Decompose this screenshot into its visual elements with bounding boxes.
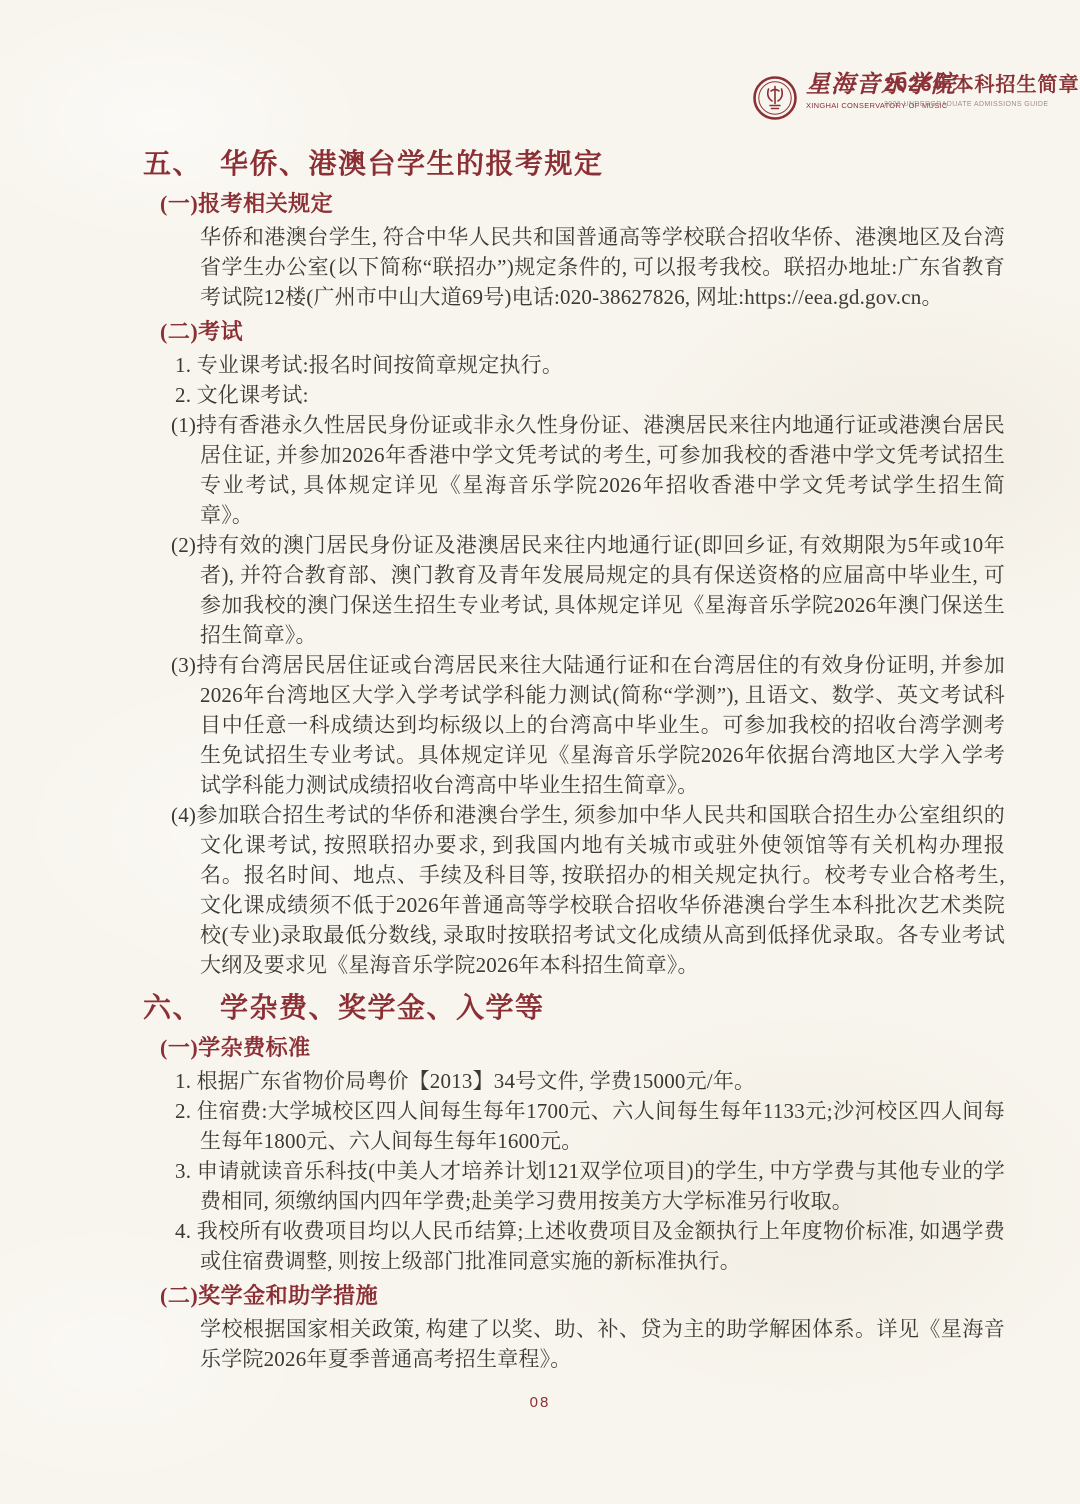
section6-title: 学杂费、奖学金、入学等 bbox=[220, 993, 545, 1024]
guide-title-block: 2026年本科招生简章 2026 UNDERGRADUATE ADMISSION… bbox=[884, 73, 1080, 108]
culture-item-3: (3)持有台湾居民居住证或台湾居民来往大陆通行证和在台湾居住的有效身份证明, 并… bbox=[200, 650, 1005, 800]
section5-sub1-paragraph: 华侨和港澳台学生, 符合中华人民共和国普通高等学校联合招收华侨、港澳地区及台湾省… bbox=[200, 222, 1005, 312]
section6-number: 六、 bbox=[143, 993, 202, 1024]
section5-title: 华侨、港澳台学生的报考规定 bbox=[220, 149, 604, 180]
guide-title-zh: 2026年本科招生简章 bbox=[884, 73, 1080, 97]
section5-number: 五、 bbox=[143, 149, 202, 180]
fee-item-1: 1. 根据广东省物价局粤价【2013】34号文件, 学费15000元/年。 bbox=[200, 1066, 1005, 1096]
fee-item-3: 3. 申请就读音乐科技(中美人才培养计划121双学位项目)的学生, 中方学费与其… bbox=[200, 1156, 1005, 1216]
section5-sub2-heading: (二)考试 bbox=[160, 316, 1005, 347]
fee-item-4: 4. 我校所有收费项目均以人民币结算;上述收费项目及金额执行上年度物价标准, 如… bbox=[200, 1216, 1005, 1276]
exam-item-2: 2. 文化课考试: bbox=[200, 380, 1005, 410]
page-number: 08 bbox=[0, 1394, 1080, 1411]
section6-sub2-heading: (二)奖学金和助学措施 bbox=[160, 1280, 1005, 1311]
section6-heading: 六、学杂费、奖学金、入学等 bbox=[143, 990, 1005, 1028]
culture-item-4: (4)参加联合招生考试的华侨和港澳台学生, 须参加中华人民共和国联合招生办公室组… bbox=[200, 800, 1005, 980]
page-content: 五、华侨、港澳台学生的报考规定 (一)报考相关规定 华侨和港澳台学生, 符合中华… bbox=[143, 146, 1005, 1374]
section6-sub2-paragraph: 学校根据国家相关政策, 构建了以奖、助、补、贷为主的助学解困体系。详见《星海音乐… bbox=[200, 1314, 1005, 1374]
fee-item-2: 2. 住宿费:大学城校区四人间每生每年1700元、六人间每生每年1133元;沙河… bbox=[200, 1096, 1005, 1156]
guide-title-en: 2026 UNDERGRADUATE ADMISSIONS GUIDE bbox=[884, 101, 1080, 108]
section6-sub1-heading: (一)学杂费标准 bbox=[160, 1032, 1005, 1063]
exam-item-1: 1. 专业课考试:报名时间按简章规定执行。 bbox=[200, 350, 1005, 380]
school-seal-icon bbox=[752, 75, 798, 121]
section5-heading: 五、华侨、港澳台学生的报考规定 bbox=[143, 146, 1005, 184]
culture-item-1: (1)持有香港永久性居民身份证或非永久性身份证、港澳居民来往内地通行证或港澳台居… bbox=[200, 410, 1005, 530]
culture-item-2: (2)持有效的澳门居民身份证及港澳居民来往内地通行证(即回乡证, 有效期限为5年… bbox=[200, 530, 1005, 650]
section5-sub1-heading: (一)报考相关规定 bbox=[160, 188, 1005, 219]
